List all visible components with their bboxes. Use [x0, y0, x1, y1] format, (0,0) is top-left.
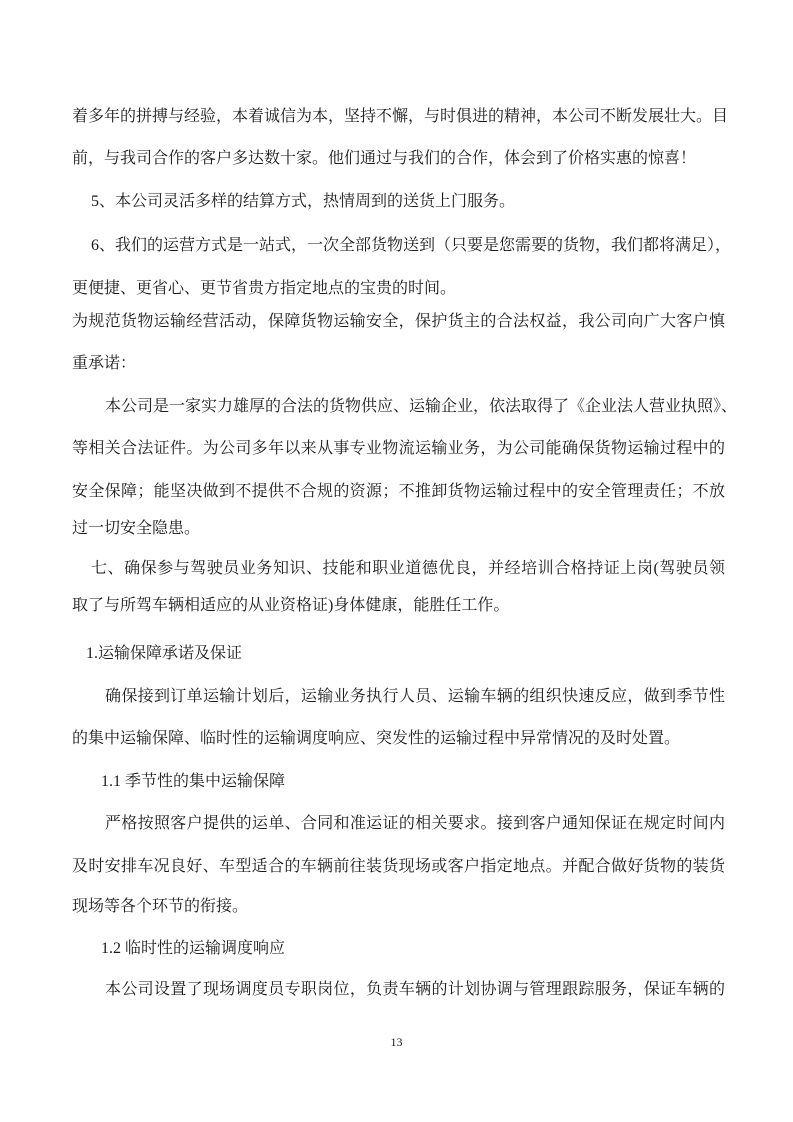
doc-line: 本公司设置了现场调度员专职岗位，负责车辆的计划协调与管理跟踪服务，保证车辆的: [72, 980, 725, 1000]
page-number: 13: [0, 1034, 793, 1050]
doc-line: 取了与所驾车辆相适应的从业资格证)身体健康，能胜任工作。: [72, 596, 725, 616]
doc-line: 安全保障；能坚决做到不提供不合规的资源；不推卸货物运输过程中的安全管理责任；不放: [72, 482, 725, 502]
doc-line: 严格按照客户提供的运单、合同和准运证的相关要求。接到客户通知保证在规定时间内: [72, 814, 725, 834]
doc-line: 为规范货物运输经营活动，保障货物运输安全，保护货主的合法权益，我公司向广大客户慎: [72, 312, 725, 332]
doc-line: 过一切安全隐患。: [72, 519, 725, 539]
doc-heading-1: 1.运输保障承诺及保证: [72, 644, 725, 664]
doc-line: 及时安排车况良好、车型适合的车辆前往装货现场或客户指定地点。并配合做好货物的装货: [72, 857, 725, 877]
doc-line: 本公司是一家实力雄厚的合法的货物供应、运输企业，依法取得了《企业法人营业执照》、: [72, 397, 725, 417]
doc-line: 前，与我司合作的客户多达数十家。他们通过与我们的合作，体会到了价格实惠的惊喜！: [72, 149, 725, 169]
doc-line: 更便捷、更省心、更节省贵方指定地点的宝贵的时间。: [72, 279, 725, 299]
doc-heading-1-2: 1.2 临时性的运输调度响应: [72, 939, 725, 959]
doc-line: 确保接到订单运输计划后，运输业务执行人员、运输车辆的组织快速反应，做到季节性: [72, 687, 725, 707]
doc-line: 着多年的拼搏与经验，本着诚信为本，坚持不懈，与时俱进的精神，本公司不断发展壮大。…: [72, 107, 725, 127]
document-page: 着多年的拼搏与经验，本着诚信为本，坚持不懈，与时俱进的精神，本公司不断发展壮大。…: [0, 0, 793, 1122]
doc-line: 等相关合法证件。为公司多年以来从事专业物流运输业务，为公司能确保货物运输过程中的: [72, 439, 725, 459]
doc-heading-1-1: 1.1 季节性的集中运输保障: [72, 772, 725, 792]
doc-line: 现场等各个环节的衔接。: [72, 897, 725, 917]
doc-line: 5、本公司灵活多样的结算方式，热情周到的送货上门服务。: [72, 192, 725, 212]
doc-line: 重承诺：: [72, 354, 725, 374]
doc-line: 6、我们的运营方式是一站式，一次全部货物送到（只要是您需要的货物，我们都将满足）…: [72, 236, 725, 256]
doc-line: 的集中运输保障、临时性的运输调度响应、突发性的运输过程中异常情况的及时处置。: [72, 729, 725, 749]
doc-line: 七、确保参与驾驶员业务知识、技能和职业道德优良，并经培训合格持证上岗(驾驶员领: [72, 559, 725, 579]
